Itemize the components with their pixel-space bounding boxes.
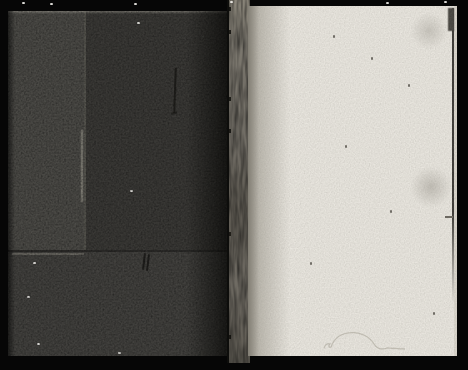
pencil-arc-mark bbox=[320, 322, 412, 352]
stitched-spine-guard bbox=[227, 0, 250, 363]
white-speck bbox=[118, 352, 121, 354]
white-speck bbox=[33, 262, 36, 264]
page-fore-edge-strip bbox=[454, 6, 457, 356]
white-speck bbox=[444, 1, 447, 3]
blank-flyleaf-page bbox=[248, 6, 457, 356]
turn-in-edge-glint bbox=[81, 130, 83, 202]
page-speck bbox=[345, 145, 347, 148]
page-fore-edge-line bbox=[452, 8, 454, 304]
page-edge-top-blob bbox=[448, 8, 454, 31]
white-speck bbox=[37, 343, 40, 345]
page-speck bbox=[310, 262, 312, 265]
page-edge-tick bbox=[445, 216, 453, 218]
white-speck bbox=[50, 3, 53, 5]
white-speck bbox=[134, 3, 137, 5]
white-speck bbox=[230, 1, 233, 3]
book-scan-photo bbox=[0, 0, 468, 370]
page-speck bbox=[371, 57, 373, 60]
white-speck bbox=[137, 22, 140, 24]
white-speck bbox=[27, 296, 30, 298]
page-smudge-middle bbox=[410, 166, 452, 208]
page-speck bbox=[333, 35, 335, 38]
page-speck bbox=[408, 84, 410, 87]
page-speck bbox=[390, 210, 392, 213]
white-speck bbox=[386, 2, 389, 4]
cover-left-shadow bbox=[8, 11, 15, 356]
inside-front-cover bbox=[8, 11, 232, 356]
white-speck bbox=[22, 2, 25, 4]
spine-grain-texture bbox=[229, 0, 250, 363]
white-speck bbox=[130, 190, 133, 192]
page-speck bbox=[433, 312, 435, 315]
page-smudge-top bbox=[410, 12, 448, 50]
cover-seam-highlight bbox=[12, 253, 84, 255]
gutter-shadow bbox=[186, 11, 232, 356]
page-gutter-shadow-deep bbox=[248, 6, 259, 356]
cover-turn-in-panel bbox=[8, 11, 86, 250]
